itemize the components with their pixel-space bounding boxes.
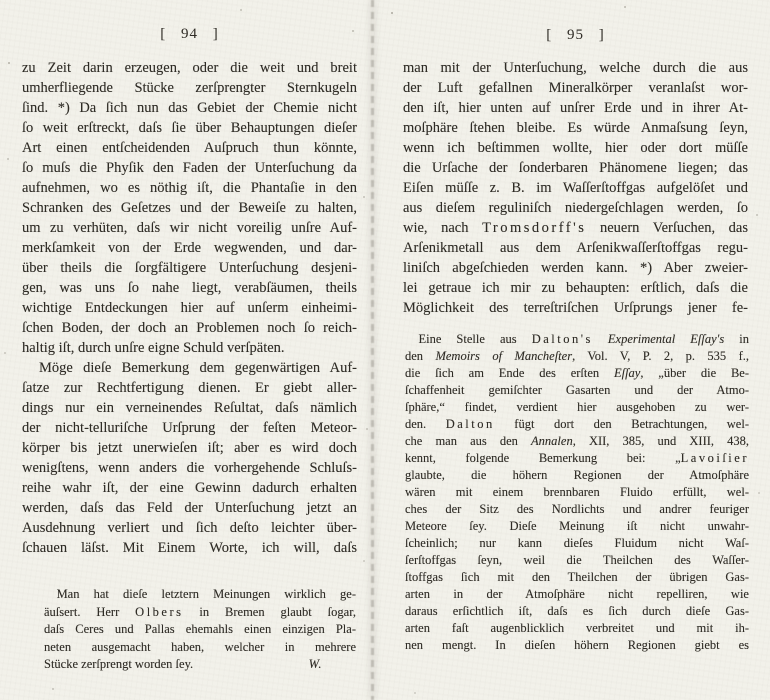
text-line: ſchauen läſst. Mit Einem Worte, ich will… [22,538,357,558]
text-segment: ſtoffgas ſich mit den Theilchen der übri… [405,570,749,584]
text-line: Eiſen müſſe z. B. im Waſſerſtoffgas aufg… [403,178,748,198]
text-line: glaubte, die höhern Regionen der Atmoſph… [405,467,749,484]
letterspaced-name: Olbers [135,605,183,619]
text-segment: umherfliegende Stücke zerſprengter Stern… [22,80,357,96]
text-line: der nicht-telluriſche Urſprung der feſte… [22,418,357,438]
text-segment: Ausdehnung verliert und ſich deſto leich… [22,520,357,536]
page-gutter-shadow [371,0,374,700]
text-line: über theils die ſorgfältigere Unterſuchu… [22,258,357,278]
text-line: den Memoirs of Mancheſter, Vol. V, P. 2,… [405,348,749,365]
text-segment: wenigſtens, wenn anders die vorhergehend… [22,460,357,476]
text-segment: gen, was uns ſo nahe liegt, verabſäumen,… [22,280,357,296]
text-segment: wären mit einem brennbaren Fluido erfüll… [405,485,749,499]
text-segment: ches der Sitz des Nordlichts und andrer … [405,502,749,516]
text-line: ches der Sitz des Nordlichts und andrer … [405,501,749,518]
scan-speckles [0,0,2,2]
text-segment: ſerſtoffgas ſeyn, weil die Theilchen des… [405,553,749,567]
text-line: moſphäre ſtehen bleibe. Es würde Anmaſsu… [403,118,748,138]
text-segment: ſchauen läſst. Mit Einem Worte, ich will… [22,540,357,556]
text-segment: ſatze zur Rechtfertigung dienen. Er gieb… [22,380,357,396]
text-line: wenigſtens, wenn anders die vorhergehend… [22,458,357,478]
text-segment: um zu verhüten, daſs wir nicht voreilig … [22,220,357,236]
text-line: reihe wahr iſt, der eine Gewinn dadurch … [22,478,357,498]
text-segment: aufnehmen, wo es nöthig iſt, die Phantaſ… [22,180,357,196]
text-segment: körper bis jetzt unerwieſen iſt; aber es… [22,440,357,456]
text-segment: Eiſen müſſe z. B. im Waſſerſtoffgas aufg… [403,180,748,196]
text-segment: Stücke zerſprengt worden ſey. [44,657,193,671]
text-segment: kennt, folgende Bemerkung bei: „ [405,451,681,465]
italic-text: Experimental Eſſay's [608,332,724,346]
text-segment: ſo muſs die Phyſik den Faden der Unterſu… [22,160,357,176]
text-line: merkſamkeit von der Erde wegwenden, und … [22,238,357,258]
text-segment: in Bremen glaubt ſogar, [184,605,356,619]
italic-text: Annalen [531,434,573,448]
text-segment: haltig iſt, durch unſre eigne Schuld ver… [22,340,285,356]
text-segment: , „über die Be- [640,366,749,380]
text-segment: Möge dieſe Bemerkung dem gegenwärtigen A… [39,360,357,376]
text-segment: arten faſt augenblicklich verbreitet und… [405,621,749,635]
text-line: äuſsert. Herr Olbers in Bremen glaubt ſo… [44,604,356,622]
text-segment: wenn ich beſtimmen wollte, hier oder dor… [403,140,748,156]
text-segment: ſchen Boden, der doch an Problemen noch … [22,320,357,336]
text-segment: reihe wahr iſt, der eine Gewinn dadurch … [22,480,357,496]
text-line: arten in der Atmoſphäre nicht repelliren… [405,586,749,603]
text-segment: lei getraue ich mir zu behaupten: erſtli… [403,280,748,296]
italic-text: Memoirs of Mancheſter [435,349,572,363]
italic-text: Eſſay [614,366,640,380]
text-line: den iſt, hier unten auf unſrer Erde und … [403,98,748,118]
text-segment: ſind. *) Da ſich nun das Gebiet der Chem… [22,100,357,116]
text-segment: wichtige Entdeckungen hier auf unſerm ei… [22,300,357,316]
text-segment: moſphäre ſtehen bleibe. Es würde Anmaſsu… [403,120,748,136]
text-line: kennt, folgende Bemerkung bei: „Lavoiſie… [405,450,749,467]
text-line: ſatze zur Rechtfertigung dienen. Er gieb… [22,378,357,398]
text-line: Stücke zerſprengt worden ſey.W. [44,656,356,674]
text-line: aufnehmen, wo es nöthig iſt, die Phantaſ… [22,178,357,198]
page-94-body-text: zu Zeit darin erzeugen, oder die weit un… [22,58,357,558]
text-segment: neten ausgemacht haben, welcher in mehre… [44,640,356,654]
text-line: haltig iſt, durch unſre eigne Schuld ver… [22,338,357,358]
text-line: wie, nach Tromsdorff's neuern Verſuchen,… [403,218,748,238]
text-line: man mit der Unterſuchung, welche durch d… [403,58,748,78]
text-segment: den [405,349,435,363]
text-line: nen mengt. In dieſen höhern Regionen gie… [405,637,749,654]
letterspaced-name: Dalton [446,417,495,431]
page-95-footnote: *) Eine Stelle aus Dalton's Experimental… [393,331,749,654]
text-line: wären mit einem brennbaren Fluido erfüll… [405,484,749,501]
text-segment: werden, daſs das Feld der Unterſuchung j… [22,500,357,516]
text-segment: Art einen entſcheidenden Auſpruch thun k… [22,140,357,156]
text-line: gen, was uns ſo nahe liegt, verabſäumen,… [22,278,357,298]
text-segment: daſs Ceres und Pallas ehemahls einen ein… [44,622,356,636]
text-segment: che man aus den [405,434,531,448]
book-scan: [ 94 ] zu Zeit darin erzeugen, oder die … [0,0,770,700]
text-segment: man mit der Unterſuchung, welche durch d… [403,60,748,76]
text-line: wenn ich beſtimmen wollte, hier oder dor… [403,138,748,158]
page-94-footnote: *) Man hat dieſe letztern Meinungen wirk… [32,586,356,674]
text-line: che man aus den Annalen, XII, 385, und X… [405,433,749,450]
text-segment: ſphäre,“ findet, verdient hier ausgehobe… [405,400,749,414]
text-line: *) Man hat dieſe letztern Meinungen wirk… [44,586,356,604]
text-segment: Möglichkeit des terreſtriſchen Urſprungs… [403,300,748,316]
text-segment: dings nur ein verneinendes Reſultat, daſ… [22,400,357,416]
text-line: ſerſtoffgas ſeyn, weil die Theilchen des… [405,552,749,569]
text-segment: , Vol. V, P. 2, p. 535 f., [572,349,749,363]
text-line: lei getraue ich mir zu behaupten: erſtli… [403,278,748,298]
letterspaced-name: Lavoiſier [681,451,749,465]
text-line: ſind. *) Da ſich nun das Gebiet der Chem… [22,98,357,118]
text-line: um zu verhüten, daſs wir nicht voreilig … [22,218,357,238]
text-segment: die Urſache der ſonderbaren Phänomene li… [403,160,748,176]
letterspaced-name: Tromsdorff's [482,220,586,236]
text-line: Möge dieſe Bemerkung dem gegenwärtigen A… [22,358,357,378]
text-line: ſo weit erſtreckt, daſs ſie über Behaupt… [22,118,357,138]
text-segment: fügt dort den Betrachtungen, wel- [495,417,749,431]
text-line: körper bis jetzt unerwieſen iſt; aber es… [22,438,357,458]
text-line: daſs Ceres und Pallas ehemahls einen ein… [44,621,356,639]
text-line: der Luft gefallnen Mineralkörper veranla… [403,78,748,98]
text-line: die ſich am Ende des erſten Eſſay, „über… [405,365,749,382]
page-94-number: [ 94 ] [22,26,357,43]
text-segment: , XII, 385, und XIII, 438, [573,434,749,448]
text-line: Möglichkeit des terreſtriſchen Urſprungs… [403,298,748,318]
text-line: umherfliegende Stücke zerſprengter Stern… [22,78,357,98]
text-segment: Arſenikmetall aus dem Arſenikwaſſerſtoff… [403,240,748,256]
page-95-body-text: man mit der Unterſuchung, welche durch d… [403,58,748,318]
text-line: arten faſt augenblicklich verbreitet und… [405,620,749,637]
text-segment: nen mengt. In dieſen höhern Regionen gie… [405,638,749,652]
text-segment: arten in der Atmoſphäre nicht repelliren… [405,587,749,601]
text-line: Art einen entſcheidenden Auſpruch thun k… [22,138,357,158]
text-line: liniſch abgeſchieden werden kann. *) Abe… [403,258,748,278]
text-line: dings nur ein verneinendes Reſultat, daſ… [22,398,357,418]
text-segment: wie, nach [403,220,482,236]
page-95-number: [ 95 ] [403,27,748,44]
text-segment: den iſt, hier unten auf unſrer Erde und … [403,100,748,116]
text-segment [593,332,608,346]
text-segment: in [724,332,749,346]
text-line: ſphäre,“ findet, verdient hier ausgehobe… [405,399,749,416]
text-line: ſtoffgas ſich mit den Theilchen der übri… [405,569,749,586]
text-segment: merkſamkeit von der Erde wegwenden, und … [22,240,357,256]
text-line: Meteore ſey. Dieſe Meinung iſt nicht unw… [405,518,749,535]
text-line: die Urſache der ſonderbaren Phänomene li… [403,158,748,178]
text-line: neten ausgemacht haben, welcher in mehre… [44,639,356,657]
text-line: Schranken des Geſetzes und der Beweiſe z… [22,198,357,218]
letterspaced-name: Dalton's [532,332,593,346]
text-segment: ſchaffenheit gemiſchter Gasarten und der… [405,383,749,397]
text-segment: ſo weit erſtreckt, daſs ſie über Behaupt… [22,120,357,136]
text-line: wichtige Entdeckungen hier auf unſerm ei… [22,298,357,318]
text-segment: *) Man hat dieſe letztern Meinungen wirk… [44,587,356,601]
text-segment: die ſich am Ende des erſten [405,366,614,380]
text-segment: den. [405,417,446,431]
text-segment: der Luft gefallnen Mineralkörper veranla… [403,80,748,96]
text-segment: liniſch abgeſchieden werden kann. *) Abe… [403,260,748,276]
text-segment: Meteore ſey. Dieſe Meinung iſt nicht unw… [405,519,749,533]
text-line: werden, daſs das Feld der Unterſuchung j… [22,498,357,518]
text-line: ſcheinlich; nur kann dieſes Fluidum nich… [405,535,749,552]
signature-initial: W. [309,656,322,674]
text-segment: äuſsert. Herr [44,605,135,619]
text-line: den. Dalton fügt dort den Betrachtungen,… [405,416,749,433]
text-segment: über theils die ſorgfältigere Unterſuchu… [22,260,357,276]
text-segment: zu Zeit darin erzeugen, oder die weit un… [22,60,357,76]
text-line: aus dieſem reguliniſch niedergeſchlagen … [403,198,748,218]
text-segment: der nicht-telluriſche Urſprung der feſte… [22,420,357,436]
text-line: daraus erſichtlich iſt, daſs es ſich dur… [405,603,749,620]
text-line: zu Zeit darin erzeugen, oder die weit un… [22,58,357,78]
text-line: ſchaffenheit gemiſchter Gasarten und der… [405,382,749,399]
text-line: ſchen Boden, der doch an Problemen noch … [22,318,357,338]
text-line: *) Eine Stelle aus Dalton's Experimental… [405,331,749,348]
text-segment: daraus erſichtlich iſt, daſs es ſich dur… [405,604,749,618]
text-segment: *) Eine Stelle aus [405,332,532,346]
text-line: Ausdehnung verliert und ſich deſto leich… [22,518,357,538]
text-segment: Schranken des Geſetzes und der Beweiſe z… [22,200,357,216]
text-line: ſo muſs die Phyſik den Faden der Unterſu… [22,158,357,178]
text-segment: ſcheinlich; nur kann dieſes Fluidum nich… [405,536,749,550]
text-segment: glaubte, die höhern Regionen der Atmoſph… [405,468,749,482]
text-segment: aus dieſem reguliniſch niedergeſchlagen … [403,200,748,216]
text-segment: neuern Verſuchen, das [586,220,748,236]
text-line: Arſenikmetall aus dem Arſenikwaſſerſtoff… [403,238,748,258]
